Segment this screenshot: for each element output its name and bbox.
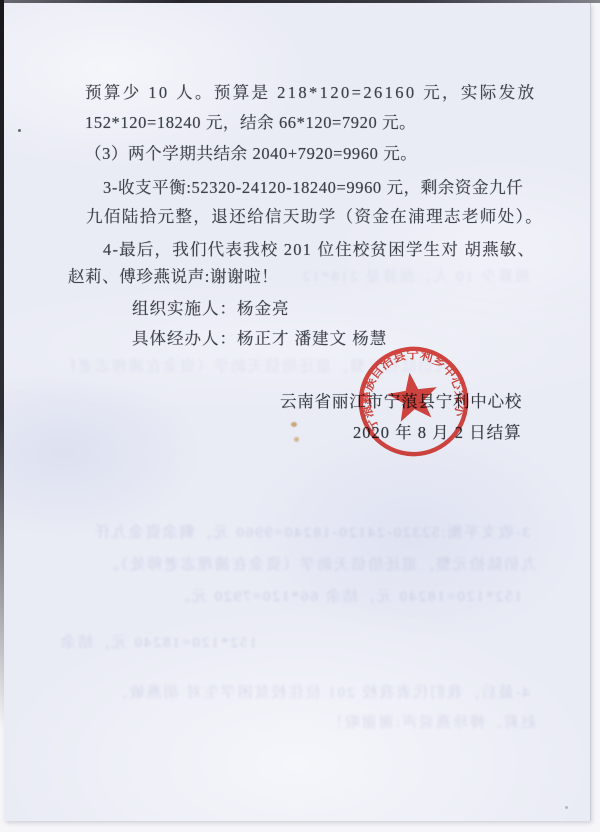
document-line: 九佰陆拾元整，退还给信天助学（资金在浦理志老师处）。: [86, 203, 543, 227]
document-line: 预算少 10 人。预算是 218*120=26160 元，实际发放: [85, 79, 537, 103]
dust-speck: [361, 253, 364, 256]
document-line: （3）两个学期共结余 2040+7920=9960 元。: [85, 140, 417, 164]
scanned-document: 预算少 10 人。预算是 218*120=26160 元，实际发放 九佰陆拾元整…: [0, 0, 600, 832]
stain-spot: [291, 422, 297, 427]
bleedthrough-line: 152*120=18240 元，结余 66*120=7920 元。: [62, 585, 522, 606]
paper-page: 预算少 10 人。预算是 218*120=26160 元，实际发放 九佰陆拾元整…: [4, 3, 590, 821]
seal-star-icon: [385, 369, 441, 423]
official-seal: 宁蒗彝族自治县宁利乡中心完小: [347, 335, 479, 467]
stain-spot: [294, 437, 299, 442]
document-line: 赵莉、傅珍燕说声:谢谢啦！: [68, 263, 278, 287]
bleedthrough-line: 赵莉、傅珍燕说声:谢谢啦！: [66, 711, 536, 732]
scan-edge-top: [0, 0, 600, 3]
bleedthrough-line: 九佰陆拾元整，退还给信天助学（资金在浦理志老师处）。: [56, 553, 536, 574]
organizer-line: 组织实施人：杨金亮: [132, 295, 290, 319]
handlers-line: 具体经办人：杨正才 潘建文 杨慧: [132, 325, 387, 349]
document-line: 3-收支平衡:52320-24120-18240=9960 元，剩余资金九仟: [103, 174, 523, 198]
scan-edge-left: [0, 0, 4, 760]
dust-speck: [565, 806, 568, 809]
bleedthrough-line: 预算少 10 人。预算是 218*120=26160 元，实际发放: [300, 265, 530, 286]
document-line: 152*120=18240 元，结余 66*120=7920 元。: [85, 109, 416, 133]
bleedthrough-line: 4-最后，我们代表我校 201 位住校贫困学生对 胡燕敏、: [70, 681, 530, 702]
bleedthrough-line: 152*120=18240 元，结余 66*120=7920 元。: [62, 631, 257, 652]
dust-speck: [18, 129, 21, 132]
document-line: 4-最后，我们代表我校 201 位住校贫困学生对 胡燕敏、: [103, 236, 535, 260]
bleedthrough-line: 3-收支平衡:52320-24120-18240=9960 元，剩余资金九仟: [60, 521, 530, 542]
